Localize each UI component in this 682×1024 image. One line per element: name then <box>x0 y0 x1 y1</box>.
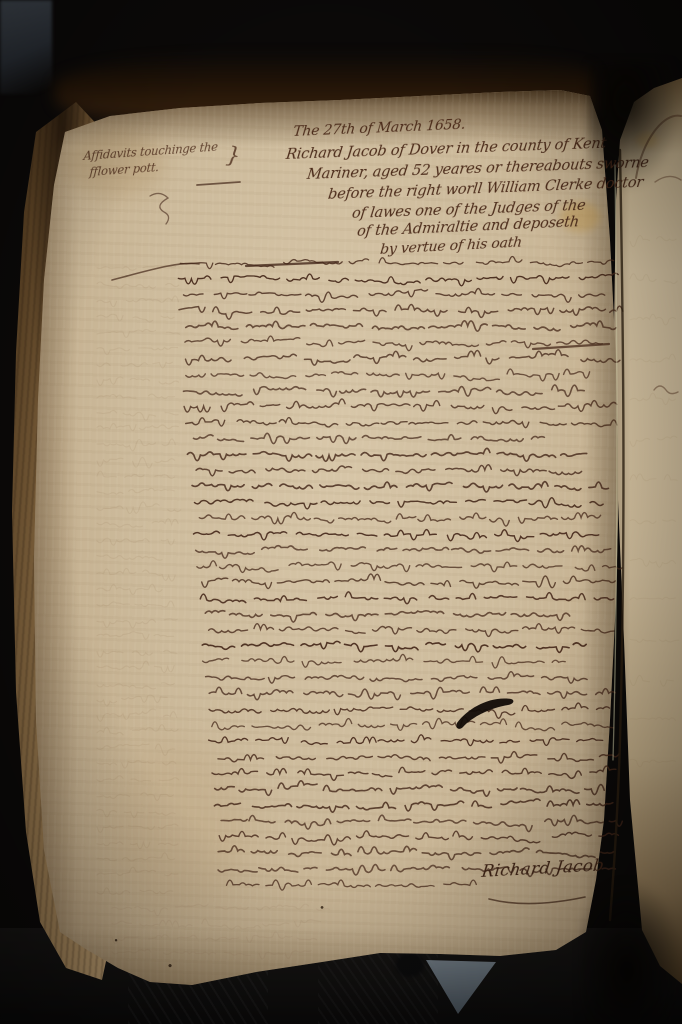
photograph-of-manuscript: { "photo": { "description": "Photograph … <box>0 0 682 1024</box>
gutter-shadow-top <box>588 62 682 192</box>
gutter-shadow-bottom <box>580 880 682 1024</box>
